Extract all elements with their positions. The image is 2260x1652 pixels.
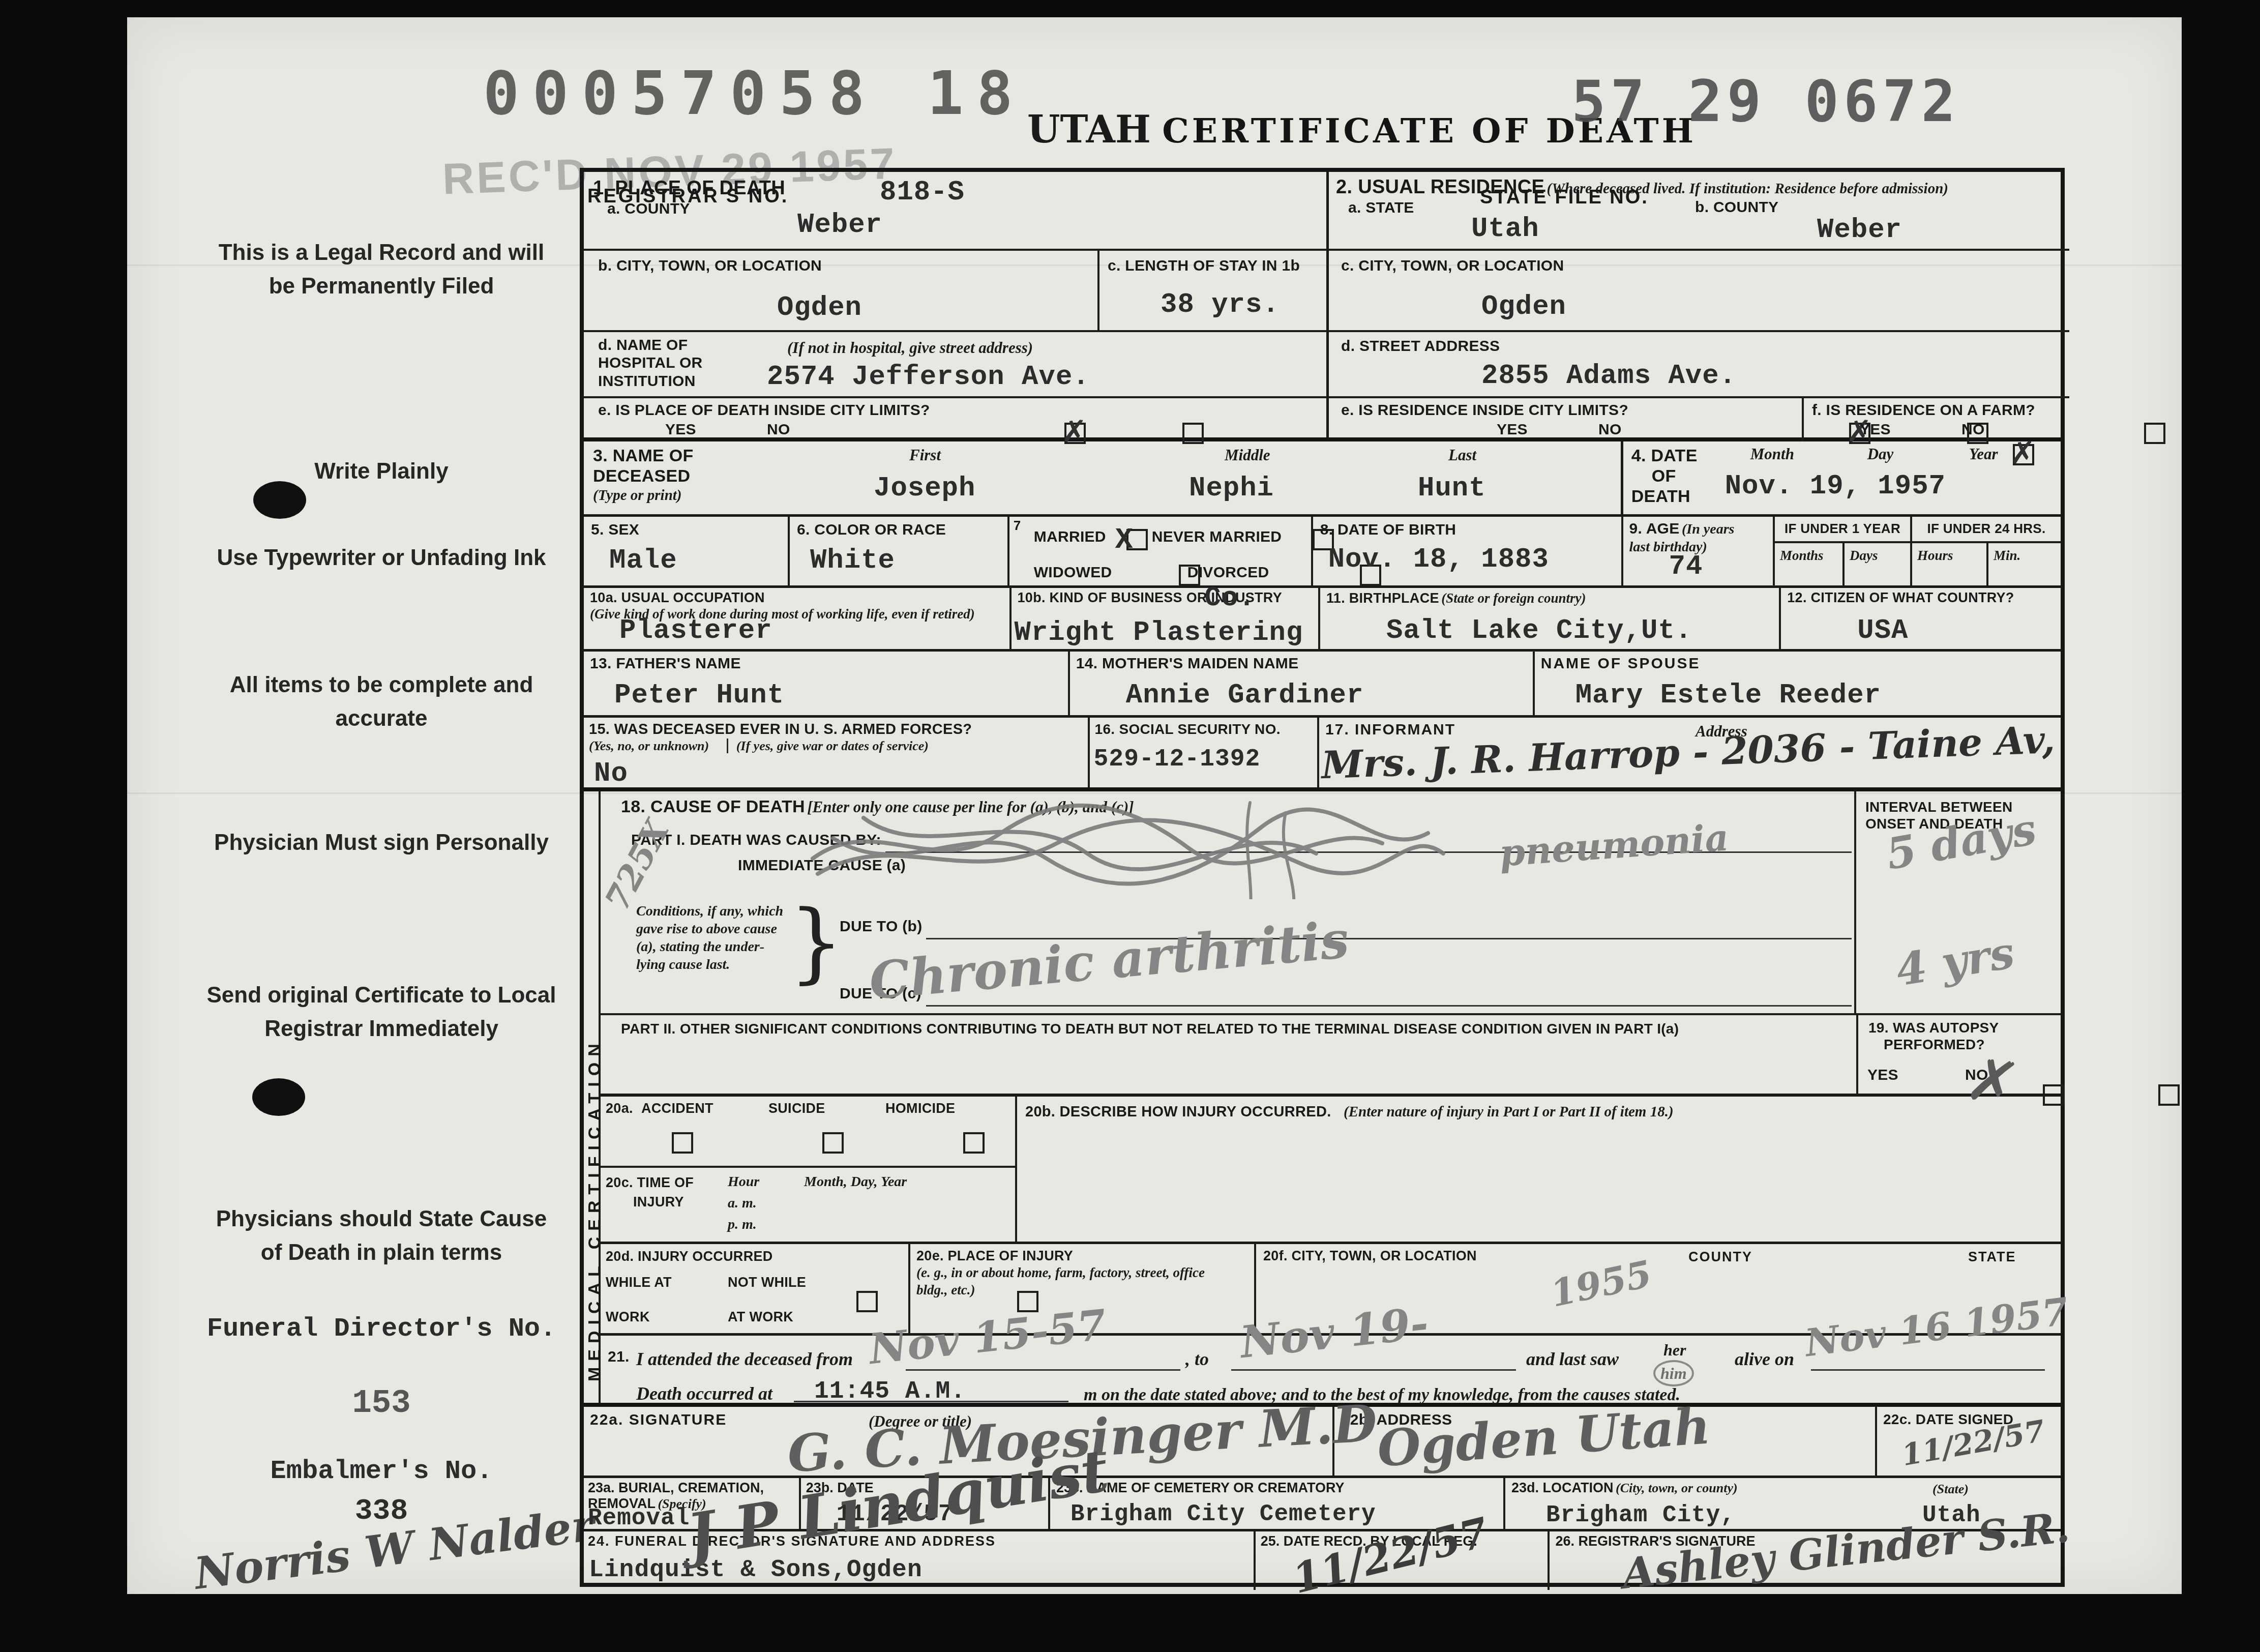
s21-time-line <box>794 1401 1068 1402</box>
s21-text2: , to <box>1185 1348 1209 1371</box>
s18-due-to-b-label: DUE TO (b) <box>840 918 922 935</box>
medical-certification-content: 18. CAUSE OF DEATH [Enter only one cause… <box>601 791 2061 1403</box>
s2d-label: d. STREET ADDRESS <box>1341 338 1500 355</box>
s23d-state-note: (State) <box>1932 1481 1969 1498</box>
section-18-cause-of-death: 18. CAUSE OF DEATH [Enter only one cause… <box>601 791 2061 1015</box>
s1e-no-label: NO <box>767 421 790 438</box>
s17-address-label: Address <box>1696 722 1747 742</box>
s21-him-circled: him <box>1653 1360 1694 1386</box>
s12-label: 12. CITIZEN OF WHAT COUNTRY? <box>1787 590 2014 605</box>
s20d-label: 20d. INJURY OCCURRED <box>606 1249 773 1264</box>
s18-part2-label: PART II. OTHER SIGNIFICANT CONDITIONS CO… <box>621 1020 1831 1037</box>
s3-title2: DECEASED <box>593 466 690 486</box>
s18-immediate-cause-label: IMMEDIATE CAUSE (a) <box>738 857 906 874</box>
s20c-mdy-label: Month, Day, Year <box>804 1173 907 1191</box>
s2e-yes-label: YES <box>1497 421 1528 438</box>
s20b-note: (Enter nature of injury in Part I or Par… <box>1344 1104 1674 1120</box>
section-20c-time-of-injury: 20c. TIME OF INJURY Hour a. m. p. m. Mon… <box>601 1168 1015 1242</box>
s20a-suicide-label: SUICIDE <box>768 1101 825 1117</box>
section-25-date-received: 25. DATE RECD. BY LOCAL REG. <box>1254 1531 1548 1590</box>
s23d-label: 23d. LOCATION <box>1511 1480 1614 1495</box>
section-5-sex: 5. SEX Male <box>584 517 788 585</box>
section-22b-address: 22b. ADDRESS <box>1332 1407 1875 1476</box>
section-17-informant: 17. INFORMANT Address <box>1317 718 2061 787</box>
s20d-notwhile-label2: AT WORK <box>728 1309 793 1325</box>
s16-label: 16. SOCIAL SECURITY NO. <box>1095 721 1281 737</box>
s20d-while-checkbox <box>856 1291 878 1312</box>
s16-value: 529-12-1392 <box>1094 747 1261 772</box>
s19-yes-label: YES <box>1867 1066 1898 1084</box>
s1e-no-checkbox <box>1182 423 1204 444</box>
s14-value: Annie Gardiner <box>1126 682 1364 710</box>
spouse-value: Mary Estele Reeder <box>1575 682 1881 710</box>
s24-value: Lindquist & Sons,Ogden <box>589 1558 923 1582</box>
s22a-note: (Degree or title) <box>869 1412 972 1432</box>
s20b-label: 20b. DESCRIBE HOW INJURY OCCURRED. <box>1025 1104 1331 1120</box>
s7-married-mark: X <box>1115 526 1133 555</box>
section-3-name-of-deceased: 3. NAME OF DECEASED (Type or print) Firs… <box>584 441 1621 514</box>
margin-note-write-plainly: Write Plainly <box>203 455 559 488</box>
s21-text5: Death occurred at <box>636 1382 772 1405</box>
s2c-label: c. CITY, TOWN, OR LOCATION <box>1341 257 1564 274</box>
s10a-label: 10a. USUAL OCCUPATION <box>590 590 765 605</box>
s2b-value: Weber <box>1817 217 1902 244</box>
section-11-birthplace: 11. BIRTHPLACE (State or foreign country… <box>1318 588 1779 649</box>
medical-certification-strip: MEDICAL CERTIFICATION <box>584 791 601 1403</box>
punch-hole <box>253 481 306 519</box>
spouse-label: NAME OF SPOUSE <box>1541 655 1701 672</box>
s20c-hour-label: Hour <box>728 1173 759 1191</box>
s2b-label: b. COUNTY <box>1695 198 1778 216</box>
s20a-suicide-checkbox <box>822 1132 844 1154</box>
s2f-label: f. IS RESIDENCE ON A FARM? <box>1812 402 2035 419</box>
s20c-label2: INJURY <box>633 1194 684 1211</box>
s1c-value: 38 yrs. <box>1161 291 1280 319</box>
s4-value: Nov. 19, 1957 <box>1725 473 1946 500</box>
section-8-date-of-birth: 8. DATE OF BIRTH Nov. 18, 1883 <box>1311 517 1621 585</box>
section-spouse: NAME OF SPOUSE Mary Estele Reeder <box>1533 652 2061 715</box>
s2-title: 2. USUAL RESIDENCE <box>1336 176 1544 198</box>
s1d-note: (If not in hospital, give street address… <box>787 338 1033 358</box>
s9-min-label: Min. <box>1994 548 2020 563</box>
s18-part1-label: PART I. DEATH WAS CAUSED BY: <box>631 831 881 849</box>
section-9-under-24-hrs: IF UNDER 24 HRS. Hours Min. <box>1910 517 2061 585</box>
s1b-label: b. CITY, TOWN, OR LOCATION <box>598 257 822 274</box>
s21-from-line <box>906 1369 1180 1371</box>
cause-c-line <box>926 1005 1852 1007</box>
s21-text3: and last saw <box>1526 1348 1619 1371</box>
s20d-while-label1: WHILE AT <box>606 1275 672 1291</box>
section-1-place-of-death: 1. PLACE OF DEATH a. COUNTY Weber b. CIT… <box>584 172 1326 437</box>
s12-value: USA <box>1857 617 1908 645</box>
s23b-label: 23b. DATE <box>806 1480 874 1495</box>
section-15-armed-forces: 15. WAS DECEASED EVER IN U. S. ARMED FOR… <box>584 718 1088 787</box>
scanned-death-certificate: 00057058 18 REC'D NOV 29 1957 REGISTRAR'… <box>0 0 2260 1652</box>
s20f-county-label: COUNTY <box>1688 1249 1752 1265</box>
s3-middle-label: Middle <box>1225 446 1270 465</box>
interval-column: INTERVAL BETWEEN ONSET AND DEATH <box>1854 791 2061 1015</box>
s4-label2: OF <box>1652 466 1676 486</box>
s7-married-checkbox: X <box>1126 529 1148 550</box>
s18-due-to-c-label: DUE TO (c) <box>840 985 921 1002</box>
section-24-funeral-director: 24. FUNERAL DIRECTOR'S SIGNATURE AND ADD… <box>584 1531 1254 1590</box>
section-22a-signature: 22a. SIGNATURE (Degree or title) <box>584 1407 1332 1476</box>
s23d-note: (City, town, or county) <box>1616 1481 1738 1495</box>
s1c-label: c. LENGTH OF STAY IN 1b <box>1108 257 1300 274</box>
punch-hole <box>252 1078 305 1116</box>
certificate-paper: 00057058 18 REC'D NOV 29 1957 REGISTRAR'… <box>127 17 2182 1594</box>
s20a-accident-checkbox <box>672 1132 693 1154</box>
s20c-label1: 20c. TIME OF <box>606 1175 694 1191</box>
s8-label: 8. DATE OF BIRTH <box>1320 521 1456 538</box>
s20d-while-label2: WORK <box>606 1309 650 1325</box>
s11-note: (State or foreign country) <box>1441 591 1586 606</box>
s21-text6: m on the date stated above; and to the b… <box>1084 1384 1680 1406</box>
s13-value: Peter Hunt <box>614 682 784 710</box>
section-18-part2: PART II. OTHER SIGNIFICANT CONDITIONS CO… <box>601 1015 1856 1094</box>
section-9-under-1-year: IF UNDER 1 YEAR Months Days <box>1773 517 1910 585</box>
s22c-label: 22c. DATE SIGNED <box>1883 1411 2013 1427</box>
section-20a-manner: 20a. ACCIDENT SUICIDE HOMICIDE <box>601 1097 1015 1168</box>
section-23a-burial: 23a. BURIAL, CREMATION, REMOVAL (Specify… <box>584 1478 799 1529</box>
s23d-value: Brigham City, <box>1546 1503 1735 1527</box>
s21-text4: alive on <box>1735 1348 1794 1371</box>
s23c-label: 23c. NAME OF CEMETERY OR CREMATORY <box>1056 1480 1345 1495</box>
section-10b-industry: 10b. KIND OF BUSINESS OR INDUSTRY Co. Wr… <box>1009 588 1319 649</box>
s9-label1: 9. AGE <box>1629 520 1680 537</box>
s19-no-checkbox <box>2158 1084 2180 1106</box>
s10b-value: Wright Plastering <box>1015 619 1303 647</box>
s21-number: 21. <box>608 1348 630 1366</box>
s4-label3: DEATH <box>1631 487 1690 506</box>
s2f-yes-checkbox <box>2144 423 2165 444</box>
s6-label: 6. COLOR OR RACE <box>797 521 946 538</box>
s20e-label: 20e. PLACE OF INJURY <box>916 1248 1073 1263</box>
certificate-form: 1. PLACE OF DEATH a. COUNTY Weber b. CIT… <box>580 168 2065 1587</box>
s2e-no-label: NO <box>1598 421 1622 438</box>
margin-note-complete: All items to be complete and accurate <box>203 668 559 735</box>
s20a-accident-label: ACCIDENT <box>641 1101 713 1117</box>
s3-last-value: Hunt <box>1418 475 1486 503</box>
s20f-state-label: STATE <box>1968 1249 2016 1265</box>
s2a-label: a. STATE <box>1348 199 1414 216</box>
s3-middle-value: Nephi <box>1189 475 1274 503</box>
s7-never-married-label: NEVER MARRIED <box>1152 528 1282 546</box>
s7-widowed-label: WIDOWED <box>1034 564 1112 581</box>
section-23d-location: 23d. LOCATION (City, town, or county) (S… <box>1503 1478 2061 1529</box>
title-state: UTAH <box>1027 108 1151 152</box>
margin-note-plain-terms: Physicians should State Cause of Death i… <box>203 1202 559 1270</box>
s2d-value: 2855 Adams Ave. <box>1481 363 1736 390</box>
section-12-citizen: 12. CITIZEN OF WHAT COUNTRY? USA <box>1779 588 2061 649</box>
s19-label1: 19. WAS AUTOPSY <box>1868 1020 1999 1036</box>
s2c-value: Ogden <box>1481 293 1566 321</box>
received-number-stamp: 00057058 18 <box>483 63 1026 123</box>
s9-u1-label: IF UNDER 1 YEAR <box>1785 521 1900 536</box>
s3-title1: 3. NAME OF <box>593 446 694 465</box>
s20a-homicide-label: HOMICIDE <box>885 1101 955 1117</box>
state-file-number-stamp: 57 29 0672 <box>1571 73 1960 130</box>
margin-note-typewriter: Use Typewriter or Unfading Ink <box>203 541 559 575</box>
s17-label: 17. INFORMANT <box>1325 721 1455 738</box>
s2f-yes-label: YES <box>1860 421 1891 438</box>
s2a-value: Utah <box>1471 216 1539 243</box>
s20c-pm-label: p. m. <box>728 1216 757 1233</box>
s23a-value: Removal <box>588 1507 690 1530</box>
s23a-label1: 23a. BURIAL, CREMATION, <box>588 1480 764 1495</box>
s7-divorced-label: DIVORCED <box>1187 564 1269 581</box>
s9-months-label: Months <box>1780 548 1824 563</box>
cause-a-line <box>885 851 1852 853</box>
s1e-label: e. IS PLACE OF DEATH INSIDE CITY LIMITS? <box>598 402 930 419</box>
margin-note-send-original: Send original Certificate to Local Regis… <box>203 979 559 1046</box>
s15-note1: (Yes, no, or unknown) <box>589 739 709 753</box>
section-20f-location: 20f. CITY, TOWN, OR LOCATION COUNTY STAT… <box>1254 1244 2059 1333</box>
s1a-label: a. COUNTY <box>607 200 690 217</box>
s10b-value2: Co. <box>1205 585 1256 612</box>
section-26-registrar-signature: 26. REGISTRAR'S SIGNATURE <box>1548 1531 2061 1590</box>
funeral-directors-no-label: Funeral Director's No. <box>203 1312 559 1346</box>
s5-value: Male <box>609 547 677 575</box>
funeral-directors-no-value: 153 <box>203 1385 559 1422</box>
s9-value: 74 <box>1669 553 1703 581</box>
s3-title-note: (Type or print) <box>593 487 682 504</box>
s7-number: 7 <box>1014 518 1021 534</box>
s21-her-label: her <box>1663 1340 1686 1360</box>
s20a-homicide-checkbox <box>963 1132 985 1154</box>
s1e-yes-label: YES <box>665 421 696 438</box>
s25-label: 25. DATE RECD. BY LOCAL REG. <box>1261 1533 1477 1549</box>
section-6-color-or-race: 6. COLOR OR RACE White <box>788 517 1007 585</box>
s23b-value: 11/22/57 <box>837 1502 953 1526</box>
s11-label: 11. BIRTHPLACE <box>1326 591 1439 606</box>
s9-label2: (In years <box>1682 521 1734 537</box>
s19-label2: PERFORMED? <box>1884 1037 1985 1052</box>
s20e-note: (e. g., in or about home, farm, factory,… <box>916 1264 1232 1299</box>
s15-note2: (If yes, give war or dates of service) <box>727 739 929 753</box>
s9-u24-label: IF UNDER 24 HRS. <box>1927 521 2045 536</box>
s8-value: Nov. 18, 1883 <box>1328 546 1549 574</box>
s26-label: 26. REGISTRAR'S SIGNATURE <box>1556 1533 1756 1549</box>
s13-label: 13. FATHER'S NAME <box>590 655 741 672</box>
s22a-label: 22a. SIGNATURE <box>590 1411 727 1428</box>
section-7-marital-status: 7 MARRIED X NEVER MARRIED WIDOWED DIVORC… <box>1007 517 1311 585</box>
s4-day-label: Day <box>1867 445 1894 464</box>
s24-label: 24. FUNERAL DIRECTOR'S SIGNATURE AND ADD… <box>588 1533 996 1549</box>
s3-last-label: Last <box>1448 446 1476 465</box>
section-23b-date: 23b. DATE 11/22/57 <box>799 1478 1048 1529</box>
section-19-autopsy: 19. WAS AUTOPSY PERFORMED? YES NO <box>1856 1015 2061 1094</box>
s21-lastsaw-line <box>1811 1369 2045 1371</box>
s6-value: White <box>810 547 895 575</box>
s18-conditions-note: Conditions, if any, which gave rise to a… <box>636 902 789 973</box>
s9-days-label: Days <box>1850 548 1878 563</box>
s18-brace: } <box>789 899 844 986</box>
s21-time-value: 11:45 A.M. <box>814 1379 966 1404</box>
section-2-usual-residence: 2. USUAL RESIDENCE (Where deceased lived… <box>1326 172 2069 437</box>
section-13-father: 13. FATHER'S NAME Peter Hunt <box>584 652 1068 715</box>
s11-value: Salt Lake City,Ut. <box>1386 617 1692 645</box>
s20f-label: 20f. CITY, TOWN, OR LOCATION <box>1263 1248 1477 1263</box>
section-14-mother: 14. MOTHER'S MAIDEN NAME Annie Gardiner <box>1068 652 1533 715</box>
interval-label1: INTERVAL BETWEEN <box>1865 799 2013 815</box>
s18-label: 18. CAUSE OF DEATH <box>621 797 805 816</box>
embalmers-no-label: Embalmer's No. <box>203 1454 559 1489</box>
s19-no-label: NO <box>1965 1066 1988 1084</box>
s18-label-note: [Enter only one cause per line for (a), … <box>807 798 1134 816</box>
s7-married-label: MARRIED <box>1034 528 1106 546</box>
section-20e-place-of-injury: 20e. PLACE OF INJURY (e. g., in or about… <box>908 1244 1254 1333</box>
s4-label1: 4. DATE <box>1631 446 1698 465</box>
section-22c-date-signed: 22c. DATE SIGNED <box>1875 1407 2061 1476</box>
section-20b-describe-injury: 20b. DESCRIBE HOW INJURY OCCURRED. (Ente… <box>1015 1097 2061 1242</box>
s9-hours-label: Hours <box>1917 548 1953 563</box>
s22b-label: 22b. ADDRESS <box>1342 1411 1452 1428</box>
s1e-yes-checkbox: ✗ <box>1064 423 1086 444</box>
section-9-age: 9. AGE (In years last birthday) 74 <box>1621 517 1773 585</box>
s23c-value: Brigham City Cemetery <box>1070 1502 1376 1526</box>
s4-month-label: Month <box>1750 445 1794 464</box>
s21-text1: I attended the deceased from <box>636 1348 853 1371</box>
s15-label: 15. WAS DECEASED EVER IN U. S. ARMED FOR… <box>589 721 972 737</box>
s5-label: 5. SEX <box>591 521 639 538</box>
s3-first-value: Joseph <box>874 475 975 503</box>
s23d-state-value: Utah <box>1922 1503 1980 1527</box>
margin-note-physician-sign: Physician Must sign Personally <box>203 826 559 860</box>
s1d-value: 2574 Jefferson Ave. <box>767 364 1090 391</box>
s2-title-note: (Where deceased lived. If institution: R… <box>1547 181 1948 197</box>
section-16-ssn: 16. SOCIAL SECURITY NO. 529-12-1392 <box>1088 718 1318 787</box>
s10a-value: Plasterer <box>619 617 772 645</box>
s1b-value: Ogden <box>777 294 862 322</box>
s2e-label: e. IS RESIDENCE INSIDE CITY LIMITS? <box>1341 402 1628 419</box>
s20c-am-label: a. m. <box>728 1194 757 1212</box>
margin-note-legal-record: This is a Legal Record and will be Perma… <box>203 236 559 303</box>
section-23c-cemetery: 23c. NAME OF CEMETERY OR CREMATORY Brigh… <box>1048 1478 1503 1529</box>
s1a-value: Weber <box>797 212 882 239</box>
section-21-attended: 21. I attended the deceased from , to an… <box>601 1336 2061 1407</box>
interval-label2: ONSET AND DEATH <box>1865 816 2003 832</box>
cause-b-line <box>926 938 1852 939</box>
s2f-no-label: NO <box>1961 421 1985 438</box>
s15-value: No <box>594 760 628 788</box>
section-10a-occupation: 10a. USUAL OCCUPATION (Give kind of work… <box>584 588 1009 649</box>
s4-year-label: Year <box>1969 445 1998 464</box>
s1-title: 1. PLACE OF DEATH <box>593 178 785 199</box>
section-20d-injury-occurred: 20d. INJURY OCCURRED WHILE AT WORK NOT W… <box>601 1244 908 1333</box>
s20a-number: 20a. <box>606 1101 633 1117</box>
s1d-label: d. NAME OF HOSPITAL OR INSTITUTION <box>598 336 766 390</box>
section-4-date-of-death: 4. DATE OF DEATH Month Day Year Nov. 19,… <box>1621 441 2061 514</box>
s3-first-label: First <box>909 446 941 465</box>
s14-label: 14. MOTHER'S MAIDEN NAME <box>1076 655 1299 672</box>
s20d-notwhile-label1: NOT WHILE <box>728 1275 806 1291</box>
s21-to-line <box>1231 1369 1516 1371</box>
